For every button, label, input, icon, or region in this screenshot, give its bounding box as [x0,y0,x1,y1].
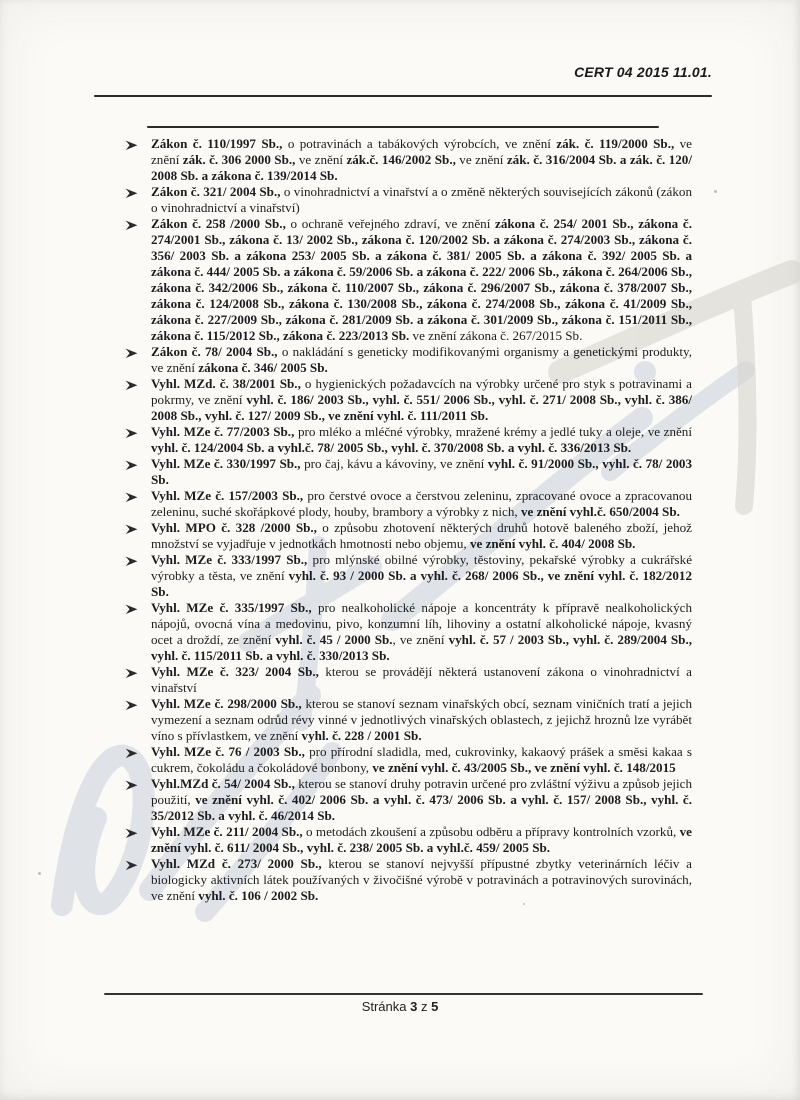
arrowhead-bullet-icon [125,379,138,390]
law-item-text: Zákon č. 258 /2000 Sb., o ochraně veřejn… [151,216,692,343]
list-item: Zákon č. 258 /2000 Sb., o ochraně veřejn… [124,216,692,344]
arrowhead-bullet-icon [125,347,138,358]
arrowhead-bullet-icon [125,603,138,614]
document-code: CERT 04 2015 11.01. [574,64,712,80]
law-item-text: Vyhl. MZe č. 76 / 2003 Sb., pro přírodní… [151,744,692,775]
law-list: Zákon č. 110/1997 Sb., o potravinách a t… [124,136,692,904]
scan-speck [714,190,717,193]
law-item-text: Vyhl. MZe č. 333/1997 Sb., pro mlýnské o… [151,552,692,599]
arrowhead-bullet-icon [125,491,138,502]
law-item-text: Vyhl. MZe č. 335/1997 Sb., pro nealkohol… [151,600,692,663]
law-item-text: Vyhl. MZd. č. 38/2001 Sb., o hygienickýc… [151,376,692,423]
list-item: Vyhl. MZe č. 323/ 2004 Sb., kterou se pr… [124,664,692,696]
law-item-text: Vyhl. MZe č. 323/ 2004 Sb., kterou se pr… [151,664,692,695]
arrowhead-bullet-icon [125,427,138,438]
footer-label: Stránka [362,999,410,1014]
list-item: Vyhl. MZd. č. 38/2001 Sb., o hygienickýc… [124,376,692,424]
law-item-text: Vyhl. MZe č. 77/2003 Sb., pro mléko a ml… [151,424,692,455]
law-item-text: Vyhl. MZe č. 157/2003 Sb., pro čerstvé o… [151,488,692,519]
arrowhead-bullet-icon [125,859,138,870]
list-item: Vyhl. MPO č. 328 /2000 Sb., o způsobu zh… [124,520,692,552]
footer-total-pages: 5 [431,999,438,1014]
scan-speck [38,872,41,875]
arrowhead-bullet-icon [125,747,138,758]
list-item: Vyhl. MZe č. 298/2000 Sb., kterou se sta… [124,696,692,744]
section-rule [147,126,659,128]
list-item: Vyhl. MZe č. 333/1997 Sb., pro mlýnské o… [124,552,692,600]
list-item: Vyhl. MZe č. 211/ 2004 Sb., o metodách z… [124,824,692,856]
footer-separator: z [417,999,431,1014]
scanned-document-page: CERT 04 2015 11.01. Zákon č. 110/1997 Sb… [0,0,800,1100]
list-item: Zákon č. 78/ 2004 Sb., o nakládání s gen… [124,344,692,376]
header-rule [94,95,712,97]
arrowhead-bullet-icon [125,523,138,534]
footer-rule [104,993,703,995]
list-item: Zákon č. 321/ 2004 Sb., o vinohradnictví… [124,184,692,216]
law-item-text: Vyhl. MPO č. 328 /2000 Sb., o způsobu zh… [151,520,692,551]
arrowhead-bullet-icon [125,699,138,710]
arrowhead-bullet-icon [125,827,138,838]
law-item-text: Zákon č. 78/ 2004 Sb., o nakládání s gen… [151,344,692,375]
arrowhead-bullet-icon [125,779,138,790]
list-item: Vyhl. MZe č. 157/2003 Sb., pro čerstvé o… [124,488,692,520]
arrowhead-bullet-icon [125,139,138,150]
law-item-text: Vyhl.MZd č. 54/ 2004 Sb., kterou se stan… [151,776,692,823]
list-item: Vyhl.MZd č. 54/ 2004 Sb., kterou se stan… [124,776,692,824]
scan-speck [523,903,525,905]
law-item-text: Vyhl. MZe č. 330/1997 Sb., pro čaj, kávu… [151,456,692,487]
arrowhead-bullet-icon [125,667,138,678]
page-footer: Stránka 3 z 5 [0,999,800,1014]
law-item-text: Zákon č. 110/1997 Sb., o potravinách a t… [151,136,692,183]
law-item-text: Vyhl. MZe č. 211/ 2004 Sb., o metodách z… [151,824,692,855]
list-item: Vyhl. MZe č. 330/1997 Sb., pro čaj, kávu… [124,456,692,488]
list-item: Vyhl. MZe č. 77/2003 Sb., pro mléko a ml… [124,424,692,456]
arrowhead-bullet-icon [125,219,138,230]
law-item-text: Zákon č. 321/ 2004 Sb., o vinohradnictví… [151,184,692,215]
list-item: Zákon č. 110/1997 Sb., o potravinách a t… [124,136,692,184]
arrowhead-bullet-icon [125,187,138,198]
law-item-text: Vyhl. MZe č. 298/2000 Sb., kterou se sta… [151,696,692,743]
list-item: Vyhl. MZd č. 273/ 2000 Sb., kterou se st… [124,856,692,904]
arrowhead-bullet-icon [125,555,138,566]
law-item-text: Vyhl. MZd č. 273/ 2000 Sb., kterou se st… [151,856,692,903]
list-item: Vyhl. MZe č. 76 / 2003 Sb., pro přírodní… [124,744,692,776]
list-item: Vyhl. MZe č. 335/1997 Sb., pro nealkohol… [124,600,692,664]
arrowhead-bullet-icon [125,459,138,470]
